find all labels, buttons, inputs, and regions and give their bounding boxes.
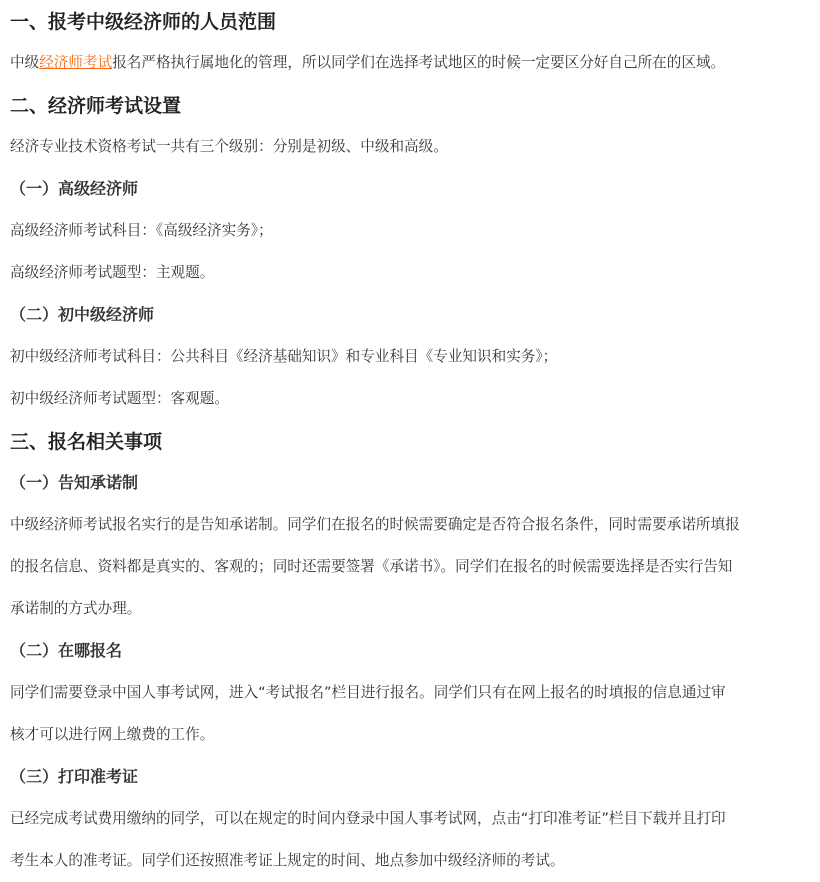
paragraph-print-admission-ticket: 已经完成考试费用缴纳的同学，可以在规定的时间内登录中国人事考试网，点击“打印准考… <box>10 798 810 882</box>
paragraph-scope: 中级经济师考试报名严格执行属地化的管理，所以同学们在选择考试地区的时候一定要区分… <box>10 42 810 84</box>
paragraph-senior-subject: 高级经济师考试科目：《高级经济实务》； <box>10 210 810 252</box>
paragraph-where-to-register: 同学们需要登录中国人事考试网，进入“考试报名”栏目进行报名。同学们只有在网上报名… <box>10 672 810 756</box>
subheading-commitment-system: （一）告知承诺制 <box>10 472 810 494</box>
text-line: 的报名信息、资料都是真实的、客观的；同时还需要签署《承诺书》。同学们在报名的时候… <box>10 546 810 588</box>
section-heading-2: 二、经济师考试设置 <box>10 93 810 119</box>
paragraph-junior-type: 初中级经济师考试题型：客观题。 <box>10 378 810 420</box>
text-line: 考生本人的准考证。同学们还按照准考证上规定的时间、地点参加中级经济师的考试。 <box>10 840 810 882</box>
text-line: 已经完成考试费用缴纳的同学，可以在规定的时间内登录中国人事考试网，点击“打印准考… <box>10 798 810 840</box>
subheading-junior-intermediate-economist: （二）初中级经济师 <box>10 304 810 326</box>
text-line: 承诺制的方式办理。 <box>10 588 810 630</box>
paragraph-prefix: 中级 <box>10 54 39 71</box>
economist-exam-link[interactable]: 经济师考试 <box>39 54 112 71</box>
paragraph-levels-intro: 经济专业技术资格考试一共有三个级别：分别是初级、中级和高级。 <box>10 126 810 168</box>
text-line: 中级经济师考试报名实行的是告知承诺制。同学们在报名的时候需要确定是否符合报名条件… <box>10 504 810 546</box>
article-body: 一、报考中级经济师的人员范围 中级经济师考试报名严格执行属地化的管理，所以同学们… <box>0 0 820 882</box>
paragraph-junior-subject: 初中级经济师考试科目：公共科目《经济基础知识》和专业科目《专业知识和实务》； <box>10 336 810 378</box>
paragraph-commitment-system: 中级经济师考试报名实行的是告知承诺制。同学们在报名的时候需要确定是否符合报名条件… <box>10 504 810 630</box>
subheading-where-to-register: （二）在哪报名 <box>10 640 810 662</box>
section-heading-1: 一、报考中级经济师的人员范围 <box>10 9 810 35</box>
text-line: 核才可以进行网上缴费的工作。 <box>10 714 810 756</box>
paragraph-senior-type: 高级经济师考试题型：主观题。 <box>10 252 810 294</box>
subheading-print-admission-ticket: （三）打印准考证 <box>10 766 810 788</box>
section-heading-3: 三、报名相关事项 <box>10 429 810 455</box>
text-line: 同学们需要登录中国人事考试网，进入“考试报名”栏目进行报名。同学们只有在网上报名… <box>10 672 810 714</box>
subheading-senior-economist: （一）高级经济师 <box>10 178 810 200</box>
paragraph-suffix: 报名严格执行属地化的管理，所以同学们在选择考试地区的时候一定要区分好自己所在的区… <box>112 54 725 71</box>
